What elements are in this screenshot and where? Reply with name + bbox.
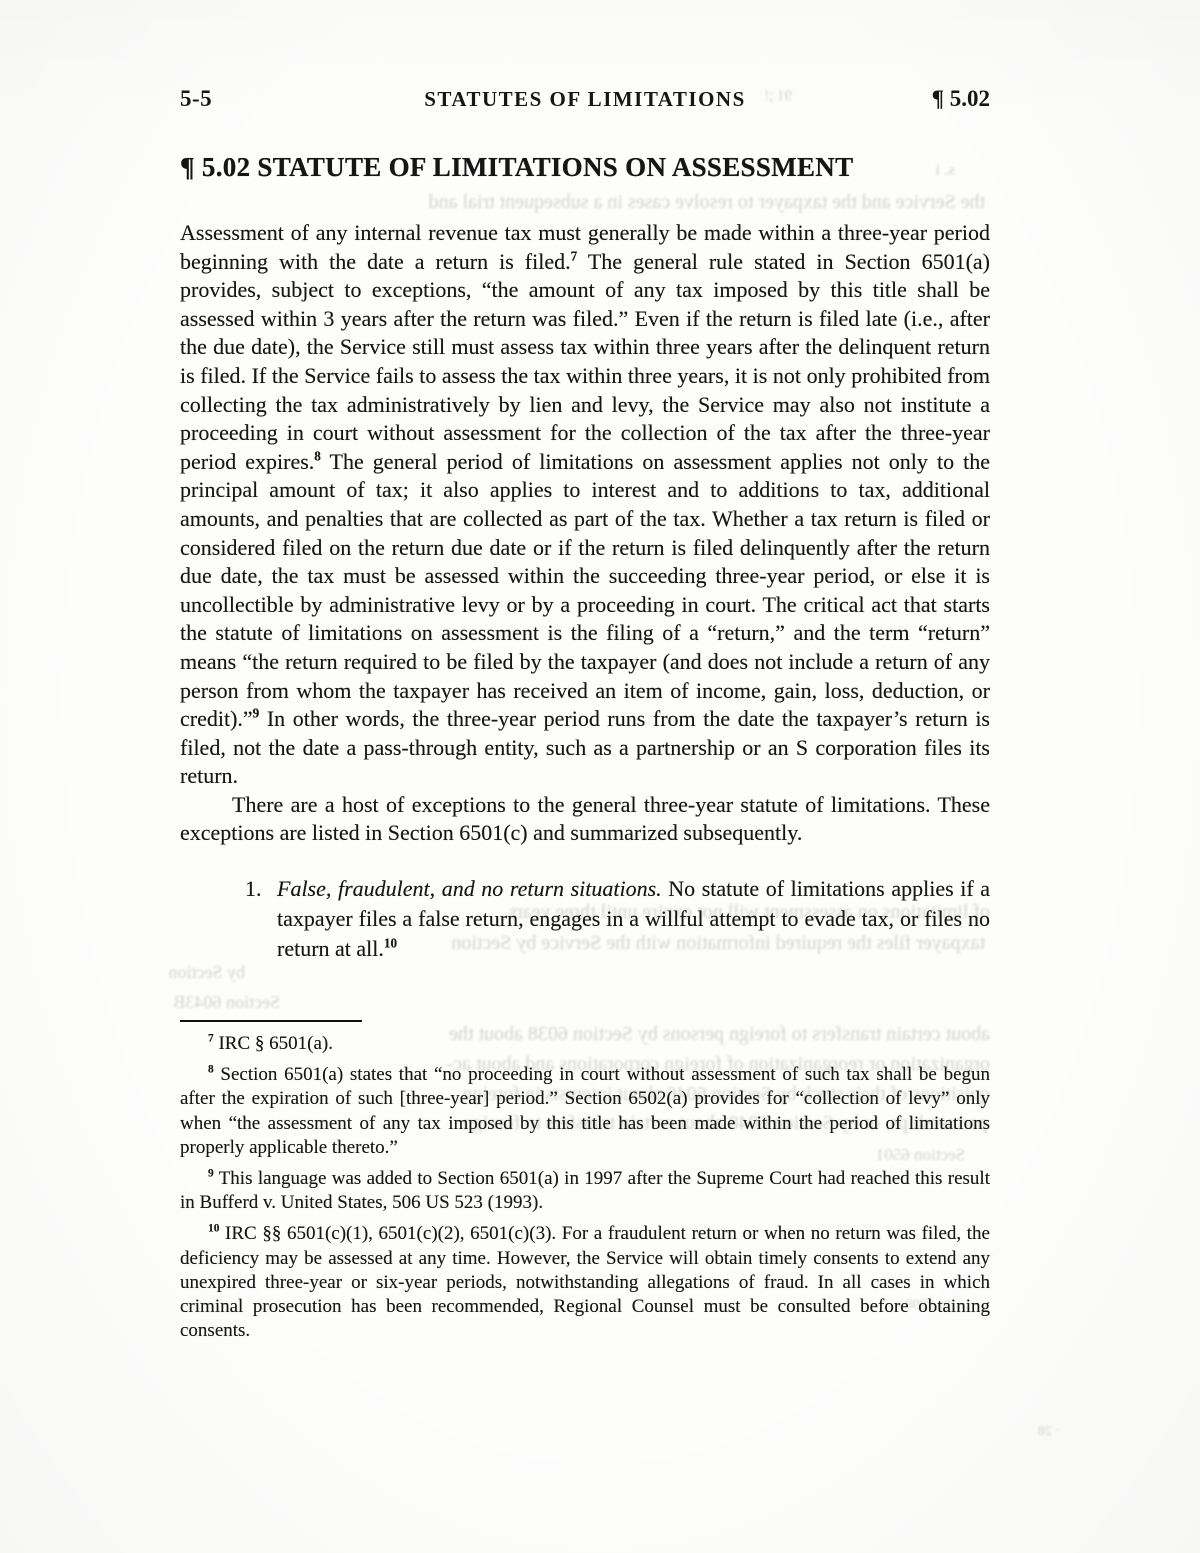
body-paragraph-1: Assessment of any internal revenue tax m… <box>180 219 990 791</box>
page-number: 5-5 <box>180 86 300 112</box>
footnote-9: 9 This language was added to Section 650… <box>180 1167 990 1215</box>
text-run: IRC §§ 6501(c)(1), 6501(c)(2), 6501(c)(3… <box>180 1223 990 1341</box>
footnote-reference: 8 <box>314 448 321 463</box>
running-head: STATUTES OF LIMITATIONS <box>300 87 870 112</box>
numbered-list-item-1: 1. False, fraudulent, and no return situ… <box>245 874 990 964</box>
footnote-8: 8 Section 6501(a) states that “no procee… <box>180 1063 990 1160</box>
text-run: In other words, the three-year period ru… <box>180 706 990 788</box>
text-run: IRC § 6501(a). <box>214 1033 333 1054</box>
bleedthrough-line: · 28 <box>1000 1424 1060 1440</box>
body-paragraph-2: There are a host of exceptions to the ge… <box>180 791 990 848</box>
footnote-separator <box>180 1020 362 1022</box>
text-run: There are a host of exceptions to the ge… <box>180 792 990 846</box>
text-run: Section 6501(a) states that “no proceedi… <box>180 1064 990 1158</box>
scanned-document-page: 91 ;!s. ithe Service and the taxpayer to… <box>0 0 1200 1553</box>
list-item-text: False, fraudulent, and no return situati… <box>277 874 990 964</box>
page-header: 5-5 STATUTES OF LIMITATIONS ¶ 5.02 <box>180 86 990 112</box>
text-run: The general period of limitations on ass… <box>180 449 990 731</box>
section-title: ¶ 5.02 STATUTE OF LIMITATIONS ON ASSESSM… <box>180 152 990 183</box>
text-run: The general rule stated in Section 6501(… <box>180 249 990 474</box>
footnotes-block: 7 IRC § 6501(a). 8 Section 6501(a) state… <box>180 1032 990 1343</box>
paragraph-ref: ¶ 5.02 <box>870 86 990 112</box>
page-content: 5-5 STATUTES OF LIMITATIONS ¶ 5.02 ¶ 5.0… <box>0 0 1200 1344</box>
footnote-reference: 10 <box>384 936 397 951</box>
text-run: This language was added to Section 6501(… <box>180 1168 990 1213</box>
footnote-7: 7 IRC § 6501(a). <box>180 1032 990 1056</box>
footnote-reference: 10 <box>208 1223 219 1235</box>
footnote-10: 10 IRC §§ 6501(c)(1), 6501(c)(2), 6501(c… <box>180 1222 990 1343</box>
list-item-number: 1. <box>245 874 277 964</box>
italic-text-run: False, fraudulent, and no return situati… <box>277 876 662 901</box>
